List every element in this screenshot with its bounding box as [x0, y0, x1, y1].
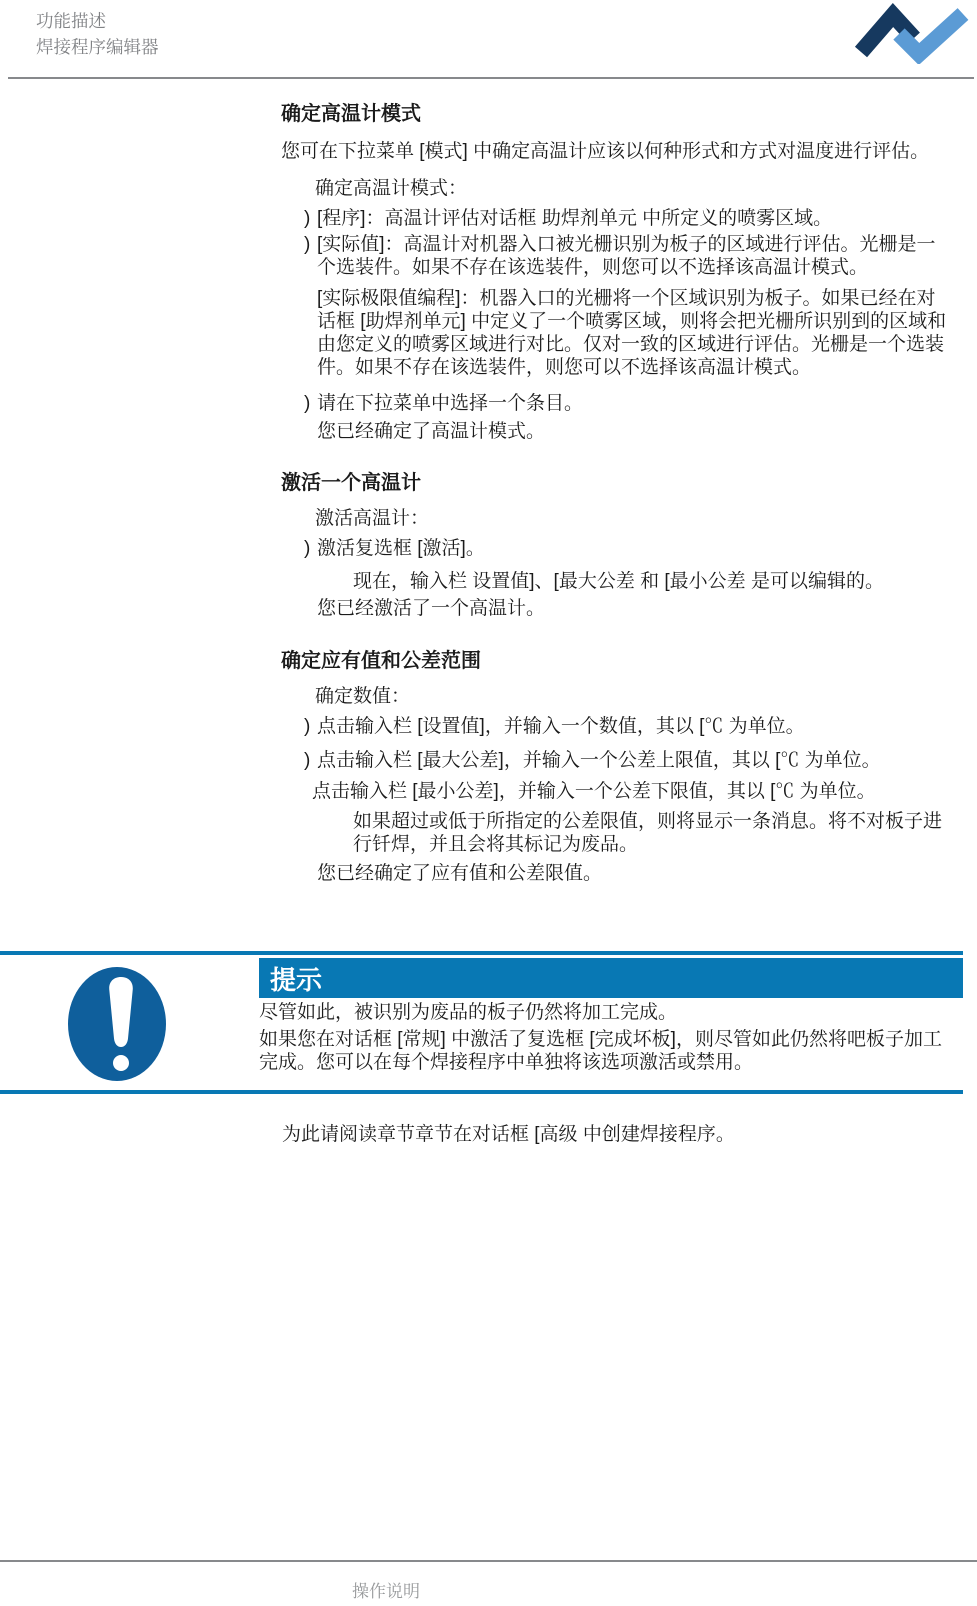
result-line: 您已经确定了应有值和公差限值。	[317, 862, 950, 885]
step-marker: )	[304, 392, 310, 415]
step-text: 点击输入栏 [最小公差]，并输入一个公差下限值，其以 [℃ 为单位。	[312, 781, 876, 802]
step-item: ) 激活复选框 [激活]。	[281, 537, 950, 560]
note-body: 尽管如此，被识别为废品的板子仍然将加工完成。 如果您在对话框 [常规] 中激活了…	[259, 1001, 949, 1074]
step-marker: )	[304, 537, 310, 560]
section-heading: 确定高温计模式	[281, 103, 950, 126]
doc-title-label: 焊接程序编辑器	[36, 34, 159, 59]
step-marker: )	[304, 233, 310, 256]
section-heading: 激活一个高温计	[281, 472, 950, 495]
step-marker: )	[304, 715, 310, 738]
goal-line: 激活高温计：	[315, 507, 950, 530]
step-text: [程序]：高温计评估对话框 助焊剂单元 中所定义的喷雾区域。	[317, 208, 832, 229]
mandatory-exclamation-icon	[68, 967, 166, 1081]
step-item: ) 点击输入栏 [最大公差]，并输入一个公差上限值，其以 [℃ 为单位。	[281, 749, 950, 772]
step-item: ) [实际值]：高温计对机器入口被光栅识别为板子的区域进行评估。光栅是一个选装件…	[281, 233, 950, 279]
step-text: 点击输入栏 [最大公差]，并输入一个公差上限值，其以 [℃ 为单位。	[317, 750, 881, 771]
header-rule	[8, 77, 974, 79]
result-line: 您已经激活了一个高温计。	[317, 597, 950, 620]
goal-line: 确定数值：	[315, 685, 950, 708]
footer-rule	[0, 1560, 977, 1562]
company-logo-icon	[853, 2, 973, 64]
step-item: [实际极限值编程]：机器入口的光栅将一个区域识别为板子。如果已经在对话框 [助焊…	[281, 287, 950, 379]
step-item: ) [程序]：高温计评估对话框 助焊剂单元 中所定义的喷雾区域。	[281, 207, 950, 230]
note-top-rule	[0, 951, 963, 955]
step-text: 请在下拉菜单中选择一个条目。	[317, 393, 583, 414]
step-item: ) 请在下拉菜单中选择一个条目。	[281, 392, 950, 415]
info-line: 如果超过或低于所指定的公差限值，则将显示一条消息。将不对板子进行钎焊，并且会将其…	[353, 810, 950, 856]
step-text: 点击输入栏 [设置值]，并输入一个数值，其以 [℃ 为单位。	[317, 716, 805, 737]
step-text: [实际极限值编程]：机器入口的光栅将一个区域识别为板子。如果已经在对话框 [助焊…	[317, 288, 946, 378]
step-item: 点击输入栏 [最小公差]，并输入一个公差下限值，其以 [℃ 为单位。	[281, 780, 950, 803]
doc-type-label: 功能描述	[36, 8, 106, 33]
step-marker: )	[304, 749, 310, 772]
result-line: 您已经确定了高温计模式。	[317, 420, 950, 443]
note-title: 提示	[270, 960, 322, 997]
step-text: 激活复选框 [激活]。	[317, 538, 485, 559]
note-title-bar: 提示	[259, 958, 963, 998]
footer-label: 操作说明	[352, 1577, 420, 1602]
note-paragraph: 尽管如此，被识别为废品的板子仍然将加工完成。	[259, 1001, 949, 1024]
intro-paragraph: 您可在下拉菜单 [模式] 中确定高温计应该以何种形式和方式对温度进行评估。	[281, 140, 950, 163]
step-text: [实际值]：高温计对机器入口被光栅识别为板子的区域进行评估。光栅是一个选装件。如…	[317, 234, 936, 278]
info-line: 现在，输入栏 设置值]、[最大公差 和 [最小公差 是可以编辑的。	[353, 570, 950, 593]
goal-line: 确定高温计模式：	[315, 177, 950, 200]
step-marker: )	[304, 207, 310, 230]
closing-paragraph: 为此请阅读章节章节在对话框 [高级 中创建焊接程序。	[282, 1123, 950, 1146]
step-item: ) 点击输入栏 [设置值]，并输入一个数值，其以 [℃ 为单位。	[281, 715, 950, 738]
note-paragraph: 如果您在对话框 [常规] 中激活了复选框 [完成坏板]，则尽管如此仍然将吧板子加…	[259, 1028, 949, 1074]
content-area: 确定高温计模式 您可在下拉菜单 [模式] 中确定高温计应该以何种形式和方式对温度…	[281, 103, 950, 885]
note-bottom-rule	[0, 1090, 963, 1094]
section-heading: 确定应有值和公差范围	[281, 650, 950, 673]
